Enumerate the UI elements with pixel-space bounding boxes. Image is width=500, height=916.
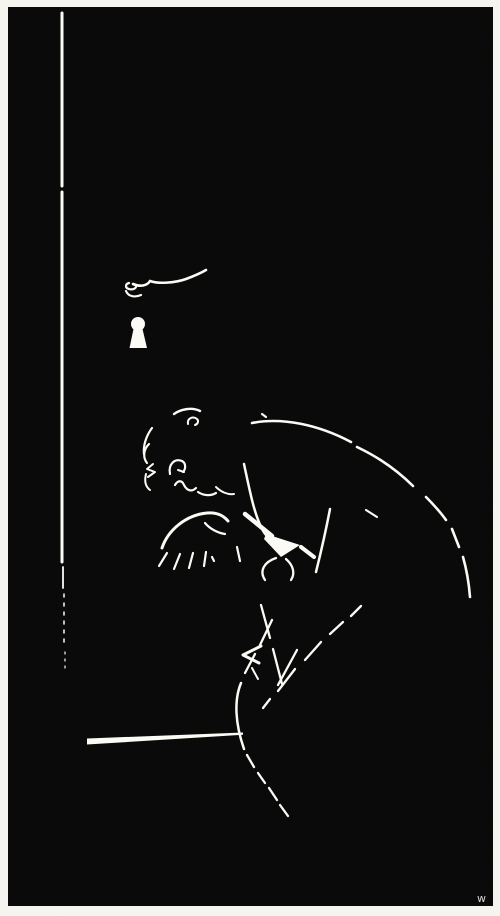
print-texture	[8, 7, 493, 906]
artist-signature: w	[477, 892, 487, 905]
artwork-print: w	[0, 0, 500, 916]
